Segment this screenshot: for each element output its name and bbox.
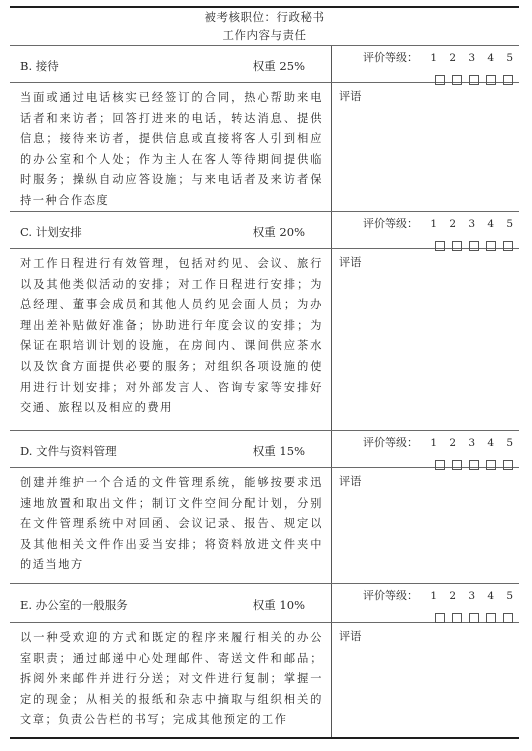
rating-number: 2 [437, 52, 456, 64]
comment-label: 评语 [332, 249, 519, 270]
rating-checkbox-2[interactable] [452, 613, 462, 623]
rating-number: 5 [494, 437, 513, 449]
section-body-b: 当面或通过电话核实已经签订的合同，热心帮助来电话者和来访者；回答打进来的电话，转… [10, 83, 519, 211]
rating-label: 评价等级： [363, 217, 418, 230]
section-weight: 权重 25% [253, 58, 305, 74]
section-title: E. 办公室的一般服务 [20, 597, 128, 613]
rating-label: 评价等级： [363, 436, 418, 449]
section-weight: 权重 20% [253, 224, 305, 240]
rating-cell: 评价等级：12345 [332, 584, 519, 622]
rating-number: 1 [418, 52, 437, 64]
section-title: B. 接待 [20, 58, 59, 74]
rating-number: 4 [475, 437, 494, 449]
section-header-b: B. 接待 权重 25% 评价等级：12345 [10, 46, 519, 82]
rating-number: 1 [418, 218, 437, 230]
rating-number: 3 [456, 590, 475, 602]
section-header-c: C. 计划安排 权重 20% 评价等级：12345 [10, 212, 519, 248]
rating-number: 4 [475, 218, 494, 230]
rating-checkbox-5[interactable] [503, 613, 513, 623]
section-header-d: D. 文件与资料管理 权重 15% 评价等级：12345 [10, 431, 519, 467]
section-description: 创建并维护一个合适的文件管理系统，能够按要求迅速地放置和取出文件；制订文件空间分… [10, 468, 331, 576]
rating-cell: 评价等级：12345 [332, 431, 519, 467]
rating-number: 2 [437, 218, 456, 230]
rating-number: 3 [456, 52, 475, 64]
rating-checkbox-3[interactable] [469, 613, 479, 623]
section-weight: 权重 15% [253, 443, 305, 459]
rating-number: 2 [437, 437, 456, 449]
section-header-e: E. 办公室的一般服务 权重 10% 评价等级：12345 [10, 584, 519, 622]
rating-number: 5 [494, 590, 513, 602]
form-subtitle: 工作内容与责任 [10, 26, 519, 45]
rating-checkbox-4[interactable] [486, 613, 496, 623]
section-description: 对工作日程进行有效管理，包括对约见、会议、旅行以及其他类似活动的安排；对工作日程… [10, 249, 331, 419]
evaluation-form: 被考核职位：行政秘书 工作内容与责任 B. 接待 权重 25% 评价等级：123… [10, 6, 519, 739]
rating-checkbox-1[interactable] [435, 613, 445, 623]
rating-number: 5 [494, 52, 513, 64]
rating-number: 2 [437, 590, 456, 602]
rating-number: 5 [494, 218, 513, 230]
section-body-e: 以一种受欢迎的方式和既定的程序来履行相关的办公室职责；通过邮递中心处理邮件、寄送… [10, 623, 519, 737]
rating-number: 4 [475, 590, 494, 602]
rating-number: 1 [418, 590, 437, 602]
section-title: C. 计划安排 [20, 224, 82, 240]
section-weight: 权重 10% [253, 597, 305, 613]
rating-cell: 评价等级：12345 [332, 212, 519, 248]
section-body-d: 创建并维护一个合适的文件管理系统，能够按要求迅速地放置和取出文件；制订文件空间分… [10, 468, 519, 583]
section-description: 以一种受欢迎的方式和既定的程序来履行相关的办公室职责；通过邮递中心处理邮件、寄送… [10, 623, 331, 731]
rating-label: 评价等级： [363, 589, 418, 602]
comment-label: 评语 [332, 468, 519, 489]
rating-cell: 评价等级：12345 [332, 46, 519, 82]
rating-number: 3 [456, 437, 475, 449]
comment-label: 评语 [332, 83, 519, 104]
section-body-c: 对工作日程进行有效管理，包括对约见、会议、旅行以及其他类似活动的安排；对工作日程… [10, 249, 519, 430]
comment-label: 评语 [332, 623, 519, 644]
rating-label: 评价等级： [363, 51, 418, 64]
section-title: D. 文件与资料管理 [20, 443, 117, 459]
rating-number: 3 [456, 218, 475, 230]
bottom-rule [10, 737, 519, 739]
position-title: 被考核职位：行政秘书 [10, 8, 519, 27]
rating-number: 4 [475, 52, 494, 64]
section-description: 当面或通过电话核实已经签订的合同，热心帮助来电话者和来访者；回答打进来的电话，转… [10, 83, 331, 212]
rating-number: 1 [418, 437, 437, 449]
